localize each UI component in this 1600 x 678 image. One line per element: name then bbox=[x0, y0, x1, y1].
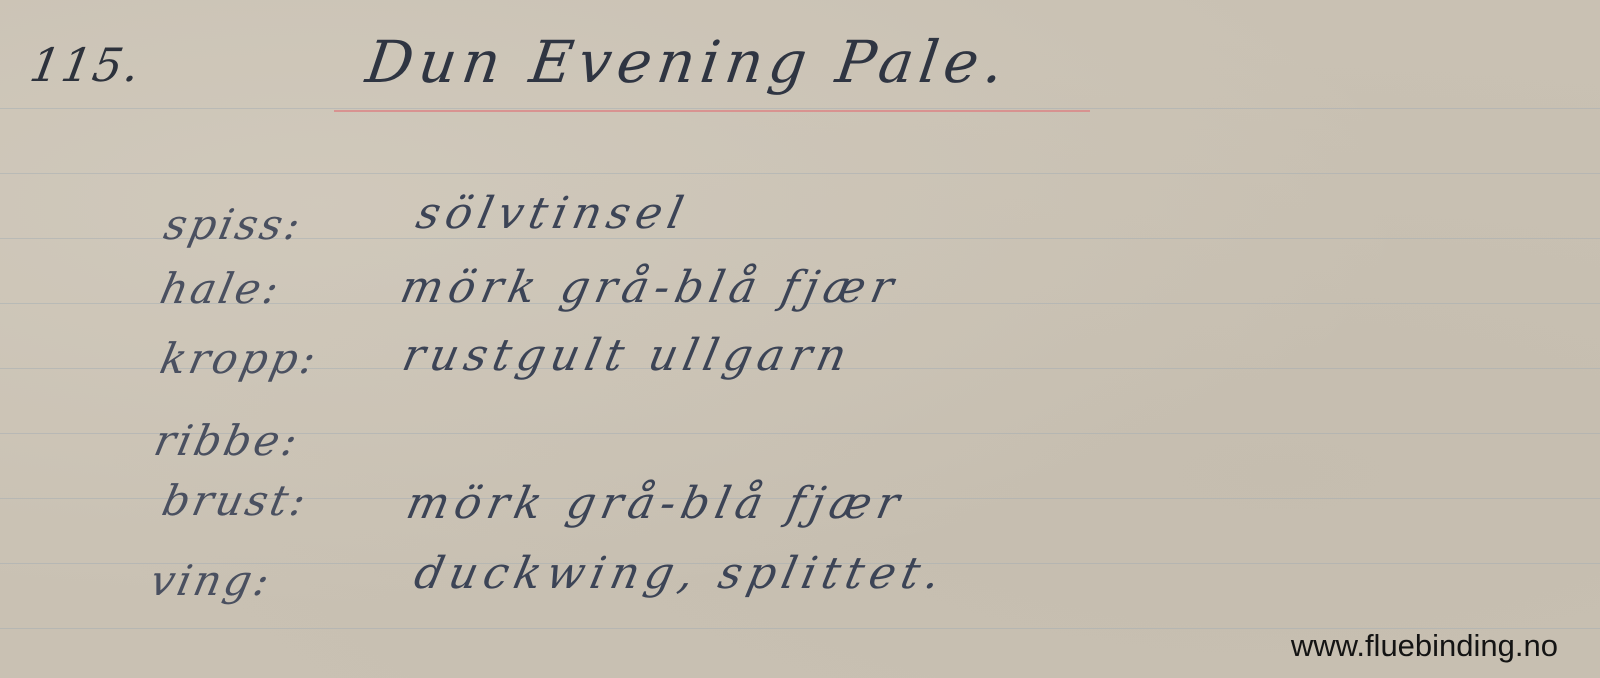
notebook-page: 115. Dun Evening Pale. spiss: sölvtinsel… bbox=[0, 0, 1600, 678]
recipe-label-ribbe: ribbe: bbox=[150, 416, 305, 465]
ruled-line bbox=[0, 108, 1600, 109]
recipe-label-ving: ving: bbox=[146, 556, 277, 605]
recipe-value-kropp: rustgult ullgarn bbox=[398, 330, 857, 381]
recipe-label-kropp: kropp: bbox=[156, 334, 323, 383]
recipe-label-spiss: spiss: bbox=[160, 200, 308, 249]
recipe-value-brust: mörk grå-blå fjær bbox=[402, 478, 910, 529]
recipe-value-hale: mörk grå-blå fjær bbox=[396, 262, 904, 313]
watermark-url: www.fluebinding.no bbox=[1291, 628, 1558, 664]
recipe-label-brust: brust: bbox=[158, 476, 313, 525]
ruled-line bbox=[0, 173, 1600, 174]
title-underline bbox=[334, 110, 1090, 112]
recipe-value-ving: duckwing, splittet. bbox=[410, 548, 951, 599]
entry-number: 115. bbox=[26, 38, 146, 92]
recipe-label-hale: hale: bbox=[156, 264, 286, 313]
recipe-value-spiss: sölvtinsel bbox=[412, 188, 694, 239]
page-title: Dun Evening Pale. bbox=[362, 28, 1014, 96]
